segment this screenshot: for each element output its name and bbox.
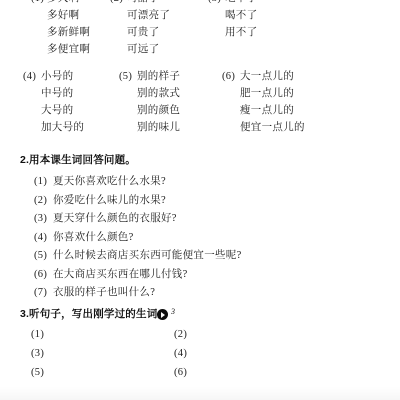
word-item: 别的味儿 [137,122,180,134]
word-item: 用不了 [225,27,257,39]
word-item: 别的样子 [137,71,180,83]
audio-play-icon [157,309,168,320]
group-number: (4) [23,71,36,83]
question-number: (2) [34,195,47,207]
question-text: 你爱吃什么味儿的水果? [53,195,166,207]
exercise3-title: 听句子，写出刚学过的生词。 [29,308,168,320]
group-number: (2) [110,0,123,5]
word-item: 可甜了 [127,0,159,5]
question-text: 夏天你喜欢吃什么水果? [53,176,166,188]
word-item: 可漂亮了 [127,10,170,22]
word-item: 便宜一点儿的 [240,122,305,134]
question-number: (3) [34,213,47,225]
word-item: 别的款式 [137,88,180,100]
word-item: 大号的 [41,105,73,117]
word-item: 小号的 [41,71,73,83]
word-item: 加大号的 [41,122,84,134]
question-number: (6) [34,269,47,281]
blank-number: (2) [174,329,187,341]
question-number: (1) [34,176,47,188]
question-number: (4) [34,232,47,244]
group-number: (3) [208,0,221,5]
word-item: 瘦一点儿的 [240,105,294,117]
word-item: 中号的 [41,88,73,100]
question-text: 在大商店买东西在哪儿付钱? [53,269,188,281]
question-text: 什么时候去商店买东西可能便宜一些呢? [53,250,242,262]
question-number: (7) [34,287,47,299]
word-item: 肥一点儿的 [240,88,294,100]
textbook-page: (1) 多大啊 多好啊 多新鲜啊 多便宜啊 (2) 可甜了 可漂亮了 可贵了 可… [0,0,400,400]
word-item: 喝不了 [225,10,257,22]
word-item: 多新鲜啊 [47,27,90,39]
word-item: 可贵了 [127,27,159,39]
question-text: 你喜欢什么颜色? [53,232,134,244]
word-item: 多大啊 [47,0,79,5]
group-number: (5) [119,71,132,83]
word-item: 可远了 [127,44,159,56]
play-triangle-icon [161,312,165,318]
blank-number: (4) [174,348,187,360]
blank-number: (3) [31,348,44,360]
group-number: (1) [31,0,44,5]
exercise2-title: 用本课生词回答问题。 [29,154,136,166]
blank-number: (1) [31,329,44,341]
blank-number: (6) [174,367,187,379]
exercise3-number: 3. [20,308,29,320]
word-item: 多便宜啊 [47,44,90,56]
question-text: 衣服的样子也叫什么? [53,287,155,299]
word-item: 别的颜色 [137,105,180,117]
question-text: 夏天穿什么颜色的衣服好? [53,213,177,225]
word-item: 大一点儿的 [240,71,294,83]
word-item: 多好啊 [47,10,79,22]
audio-track-number: 3 [171,306,175,318]
group-number: (6) [222,71,235,83]
question-number: (5) [34,250,47,262]
blank-number: (5) [31,367,44,379]
exercise2-number: 2. [20,154,29,166]
word-item: 吃不了 [225,0,257,5]
